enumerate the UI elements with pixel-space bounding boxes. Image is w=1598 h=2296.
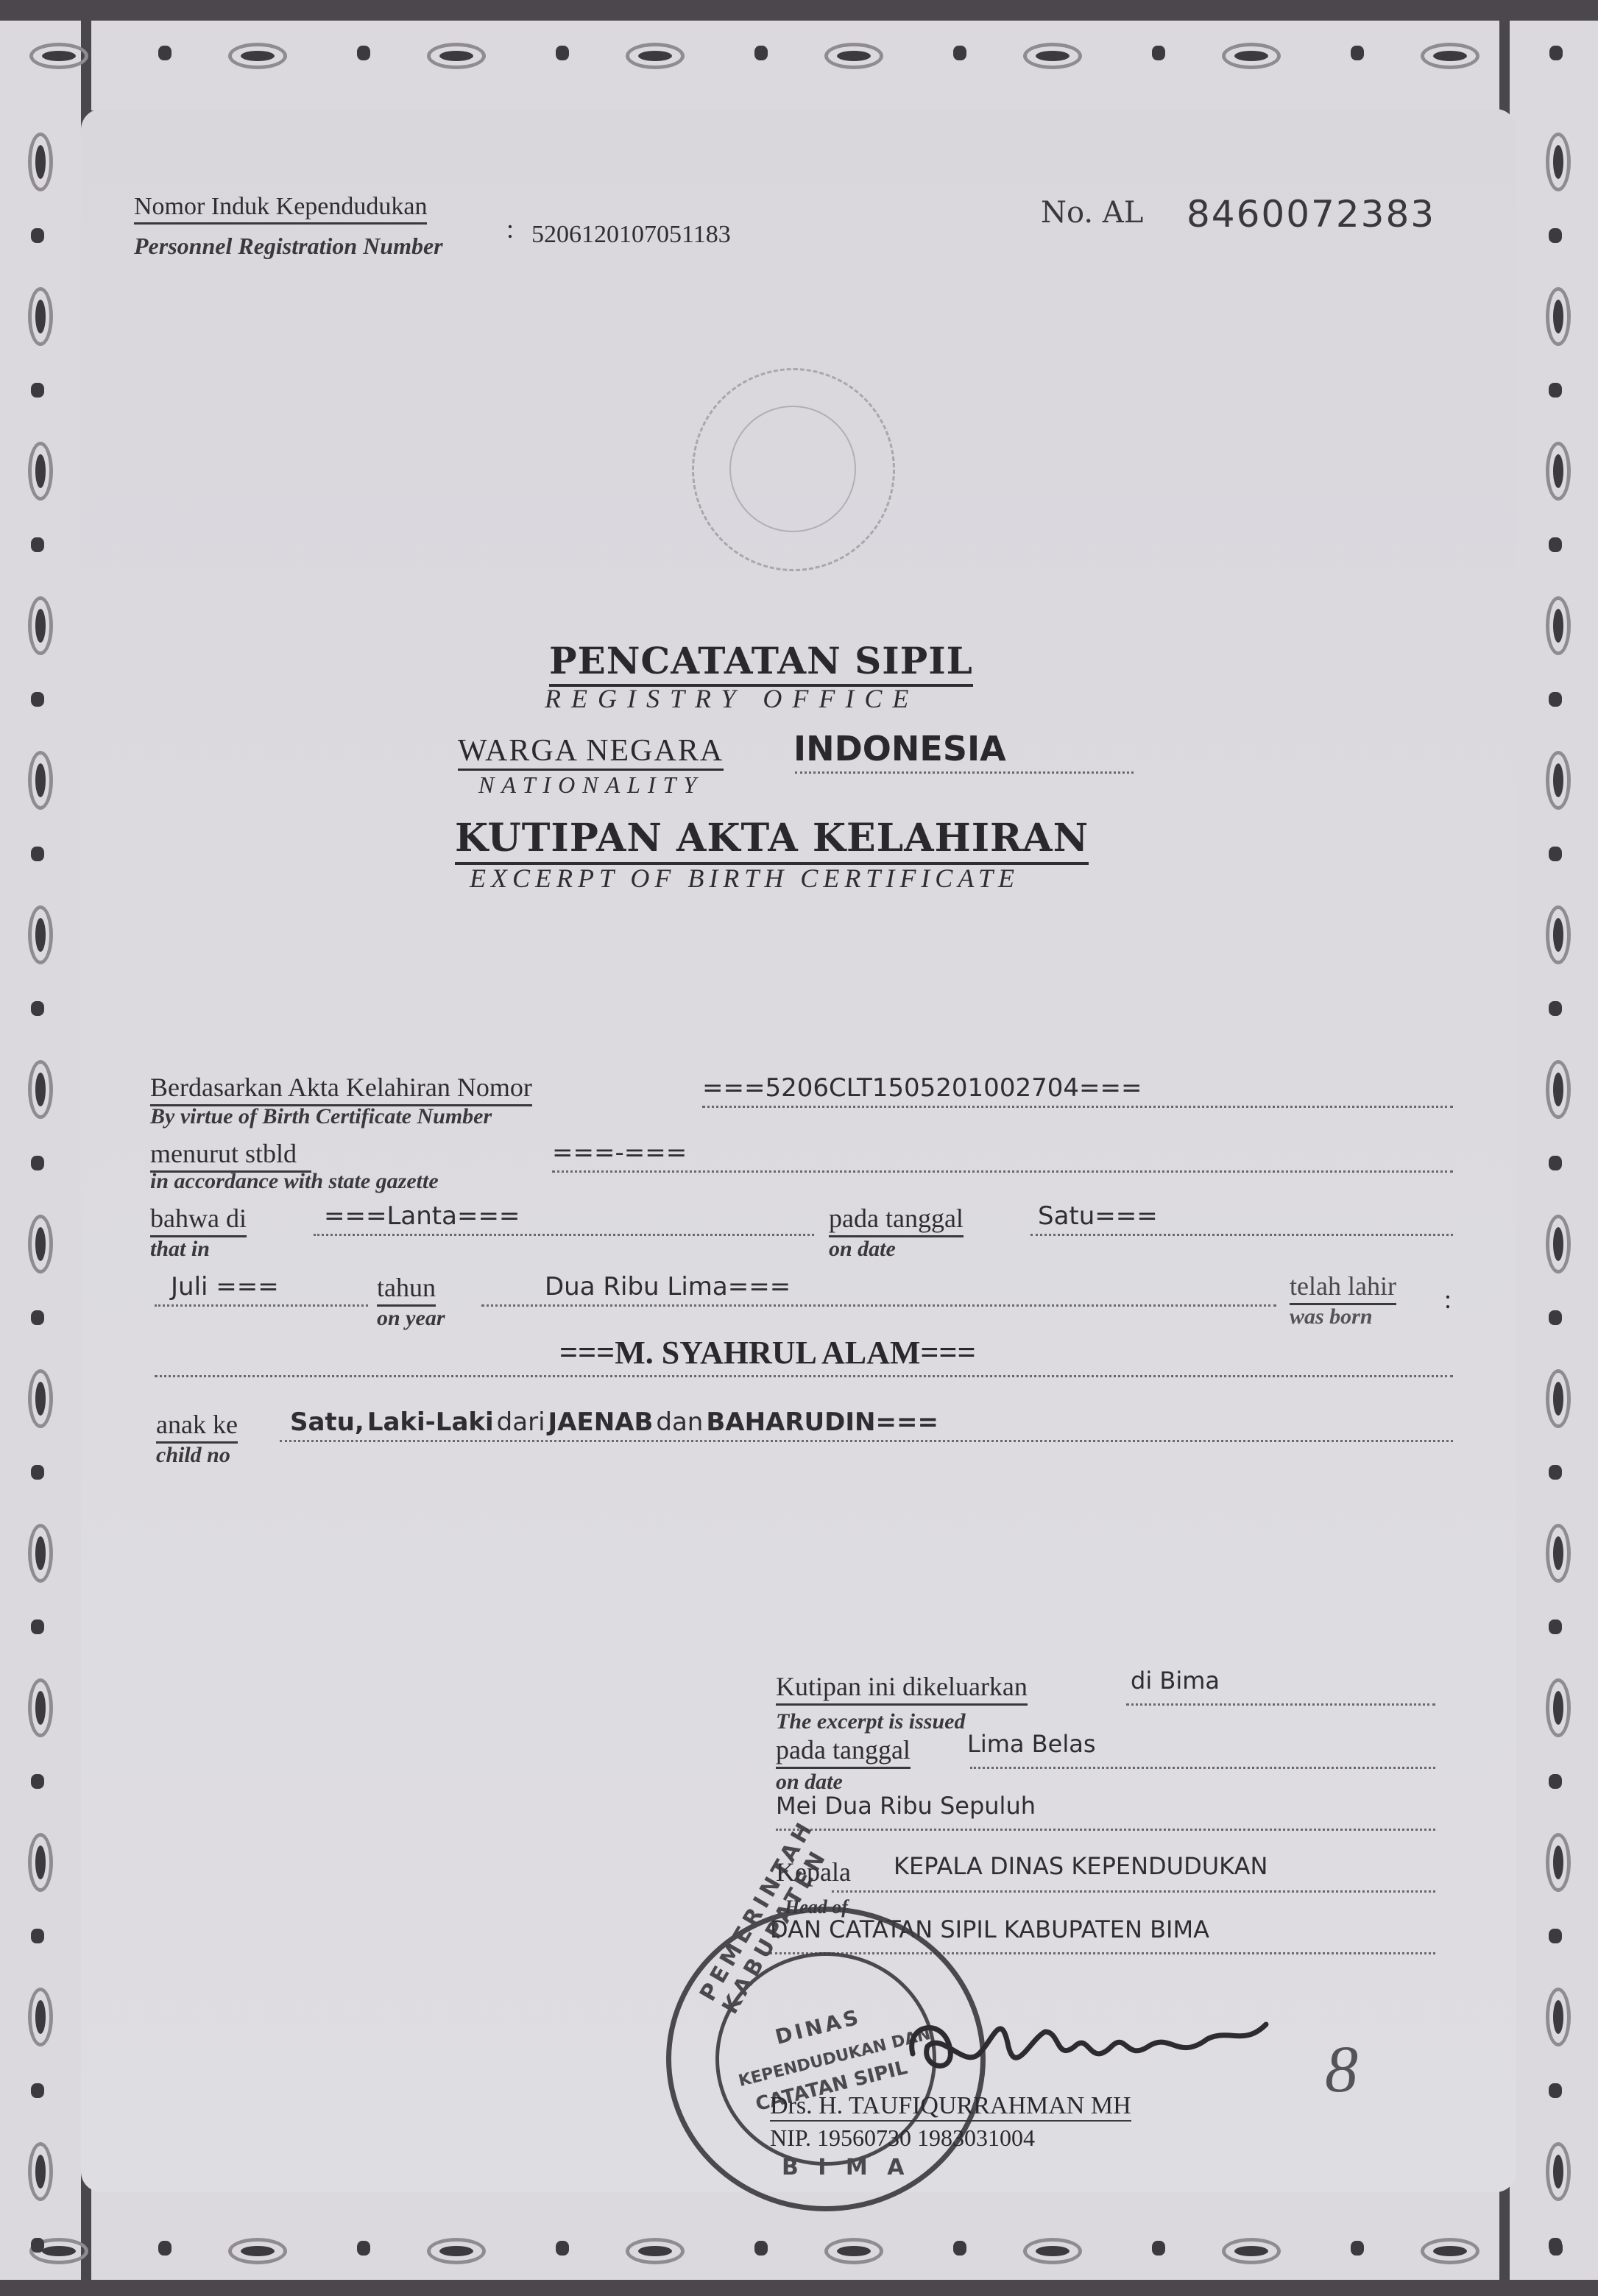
head-line1-dots: [832, 1890, 1435, 1893]
border-ornament-icon: [28, 596, 53, 655]
border-ornament-icon: [228, 43, 287, 69]
border-ornament-icon: [31, 847, 44, 861]
frame-left-border: [0, 0, 91, 2296]
child-order: Satu,: [290, 1407, 364, 1437]
certificate-no-dots: [702, 1106, 1453, 1108]
border-ornament-icon: [1549, 1619, 1562, 1634]
mother-name: JAENAB: [548, 1407, 654, 1437]
nik-separator: :: [506, 213, 514, 244]
signatory-nip: NIP. 19560730 1983031004: [770, 2124, 1035, 2152]
issued-day-dots: [970, 1767, 1435, 1769]
border-ornament-icon: [1549, 1774, 1562, 1789]
border-ornament-icon: [28, 2142, 53, 2201]
serial-number: 8460072383: [1187, 193, 1435, 236]
border-ornament-icon: [228, 2238, 287, 2264]
border-ornament-icon: [31, 228, 44, 243]
border-ornament-icon: [427, 43, 486, 69]
border-ornament-icon: [1351, 46, 1364, 60]
border-ornament-icon: [1023, 2238, 1082, 2264]
border-ornament-icon: [28, 751, 53, 810]
border-ornament-icon: [626, 43, 685, 69]
border-ornament-icon: [754, 46, 768, 60]
stbld-dots: [552, 1170, 1453, 1173]
border-ornament-icon: [1023, 43, 1082, 69]
month-value: Juli ===: [171, 1272, 279, 1301]
border-ornament-icon: [556, 2241, 569, 2256]
border-ornament-icon: [1549, 2238, 1562, 2253]
year-value: Dua Ribu Lima===: [545, 1272, 791, 1301]
border-ornament-icon: [1351, 2241, 1364, 2256]
border-ornament-icon: [1546, 287, 1571, 346]
signature-icon: [898, 1988, 1310, 2098]
issued-place-dots: [1126, 1703, 1435, 1706]
border-ornament-icon: [1546, 133, 1571, 191]
issued-place: di Bima: [1131, 1667, 1220, 1695]
border-ornament-icon: [1549, 1001, 1562, 1016]
child-name-dots: [155, 1375, 1453, 1377]
border-ornament-icon: [31, 1619, 44, 1634]
border-ornament-icon: [31, 1465, 44, 1480]
date-value: Satu===: [1038, 1201, 1158, 1231]
stbld-label-en: in accordance with state gazette: [150, 1169, 439, 1194]
border-ornament-icon: [1549, 46, 1563, 60]
document-title: KUTIPAN AKTA KELAHIRAN: [455, 816, 1089, 865]
border-ornament-icon: [754, 2241, 768, 2256]
head-line1: KEPALA DINAS KEPENDUDUKAN: [894, 1852, 1268, 1880]
border-ornament-icon: [28, 905, 53, 964]
nationality-label-en: NATIONALITY: [478, 771, 704, 799]
border-ornament-icon: [1222, 2238, 1281, 2264]
office-title: PENCATATAN SIPIL: [549, 639, 973, 687]
border-ornament-icon: [28, 287, 53, 346]
border-ornament-icon: [31, 1310, 44, 1325]
child-no-label-en: child no: [156, 1443, 230, 1468]
born-label: telah lahir: [1290, 1271, 1396, 1305]
nik-label-en: Personnel Registration Number: [134, 233, 443, 260]
date-label: pada tanggal: [829, 1203, 964, 1237]
border-ornament-icon: [31, 1774, 44, 1789]
border-ornament-icon: [427, 2238, 486, 2264]
certificate-no-label-en: By virtue of Birth Certificate Number: [150, 1104, 492, 1129]
border-ornament-icon: [29, 43, 88, 69]
border-ornament-icon: [1549, 1156, 1562, 1170]
child-no-label: anak ke: [156, 1409, 238, 1444]
border-ornament-icon: [158, 46, 172, 60]
border-ornament-icon: [953, 46, 966, 60]
document-title-en: EXCERPT OF BIRTH CERTIFICATE: [470, 863, 1019, 894]
border-ornament-icon: [1549, 1465, 1562, 1480]
border-ornament-icon: [1549, 1929, 1562, 1943]
nationality-label: WARGA NEGARA: [458, 733, 724, 771]
border-ornament-icon: [31, 537, 44, 552]
border-ornament-icon: [31, 1156, 44, 1170]
nik-value: 5206120107051183: [531, 221, 731, 249]
border-ornament-icon: [1546, 596, 1571, 655]
office-title-en: REGISTRY OFFICE: [545, 683, 919, 714]
border-ornament-icon: [1549, 383, 1562, 398]
born-label-en: was born: [1290, 1304, 1373, 1329]
border-ornament-icon: [1152, 2241, 1165, 2256]
stbld-label: menurut stbld: [150, 1138, 311, 1173]
border-ornament-icon: [824, 2238, 883, 2264]
border-ornament-icon: [31, 1001, 44, 1016]
year-label-en: on year: [377, 1306, 445, 1331]
place-label-en: that in: [150, 1237, 210, 1262]
border-ornament-icon: [1546, 751, 1571, 810]
year-dots: [481, 1304, 1276, 1307]
border-ornament-icon: [31, 383, 44, 398]
frame-edge-top: [0, 0, 1598, 21]
border-ornament-icon: [1546, 1833, 1571, 1892]
nationality-value: INDONESIA: [793, 729, 1006, 769]
border-ornament-icon: [1546, 1215, 1571, 1274]
certificate-no-value: ===5206CLT1505201002704===: [702, 1073, 1142, 1103]
child-name: ===M. SYAHRUL ALAM===: [559, 1334, 976, 1371]
border-ornament-icon: [31, 2083, 44, 2098]
border-ornament-icon: [1546, 1524, 1571, 1583]
certificate-no-label: Berdasarkan Akta Kelahiran Nomor: [150, 1072, 532, 1106]
border-ornament-icon: [357, 2241, 370, 2256]
border-ornament-icon: [1546, 442, 1571, 501]
border-ornament-icon: [1549, 2083, 1562, 2098]
border-ornament-icon: [1421, 43, 1479, 69]
signatory-name: Drs. H. TAUFIQURRAHMAN MH: [770, 2092, 1131, 2122]
issued-label-en: The excerpt is issued: [776, 1709, 965, 1734]
issued-month-year-dots: [776, 1829, 1435, 1831]
frame-edge-bottom: [0, 2280, 1598, 2296]
border-ornament-icon: [1222, 43, 1281, 69]
born-separator: :: [1444, 1284, 1452, 1315]
border-ornament-icon: [28, 1988, 53, 2046]
father-name: BAHARUDIN===: [706, 1407, 938, 1437]
place-value: ===Lanta===: [324, 1201, 520, 1231]
date-label-en: on date: [829, 1237, 896, 1262]
border-ornament-icon: [28, 442, 53, 501]
issued-label: Kutipan ini dikeluarkan: [776, 1671, 1028, 1706]
stamp-bottom-text: B I M A: [782, 2155, 910, 2180]
border-ornament-icon: [1421, 2238, 1479, 2264]
border-ornament-icon: [1546, 905, 1571, 964]
serial-prefix: No. AL: [1041, 196, 1143, 230]
from-word: dari: [497, 1407, 545, 1437]
border-ornament-icon: [28, 1060, 53, 1119]
child-details-dots: [280, 1440, 1453, 1442]
year-label: tahun: [377, 1272, 436, 1307]
border-ornament-icon: [1549, 228, 1562, 243]
month-dots: [155, 1304, 368, 1307]
border-ornament-icon: [28, 1524, 53, 1583]
border-ornament-icon: [31, 1929, 44, 1943]
border-ornament-icon: [824, 43, 883, 69]
border-ornament-icon: [357, 46, 370, 60]
place-dots: [314, 1234, 814, 1236]
border-ornament-icon: [556, 46, 569, 60]
place-label: bahwa di: [150, 1203, 247, 1237]
border-ornament-icon: [28, 1369, 53, 1428]
child-details: Satu, Laki-Laki dari JAENAB dan BAHARUDI…: [290, 1407, 938, 1437]
issued-day: Lima Belas: [967, 1730, 1095, 1758]
border-ornament-icon: [1549, 537, 1562, 552]
border-ornament-icon: [31, 2238, 44, 2253]
border-ornament-icon: [1546, 1060, 1571, 1119]
border-ornament-icon: [28, 1678, 53, 1737]
nationality-dots: [795, 771, 1134, 774]
date-dots: [1030, 1234, 1453, 1236]
border-ornament-icon: [1549, 847, 1562, 861]
garuda-emblem-icon: [692, 368, 895, 571]
border-ornament-icon: [1546, 1988, 1571, 2046]
border-ornament-icon: [158, 2241, 172, 2256]
border-ornament-icon: [1152, 46, 1165, 60]
border-ornament-icon: [1549, 692, 1562, 707]
border-ornament-icon: [1549, 1310, 1562, 1325]
border-ornament-icon: [1546, 1678, 1571, 1737]
border-ornament-icon: [626, 2238, 685, 2264]
border-ornament-icon: [28, 1215, 53, 1274]
nik-label: Nomor Induk Kependudukan: [134, 193, 427, 225]
and-word: dan: [656, 1407, 703, 1437]
child-sex: Laki-Laki: [367, 1407, 494, 1437]
border-ornament-icon: [1546, 1369, 1571, 1428]
border-ornament-icon: [953, 2241, 966, 2256]
stbld-value: ===-===: [552, 1138, 687, 1168]
border-ornament-icon: [1546, 2142, 1571, 2201]
handwritten-mark: 8: [1325, 2032, 1358, 2108]
border-ornament-icon: [28, 1833, 53, 1892]
border-ornament-icon: [28, 133, 53, 191]
border-ornament-icon: [31, 692, 44, 707]
